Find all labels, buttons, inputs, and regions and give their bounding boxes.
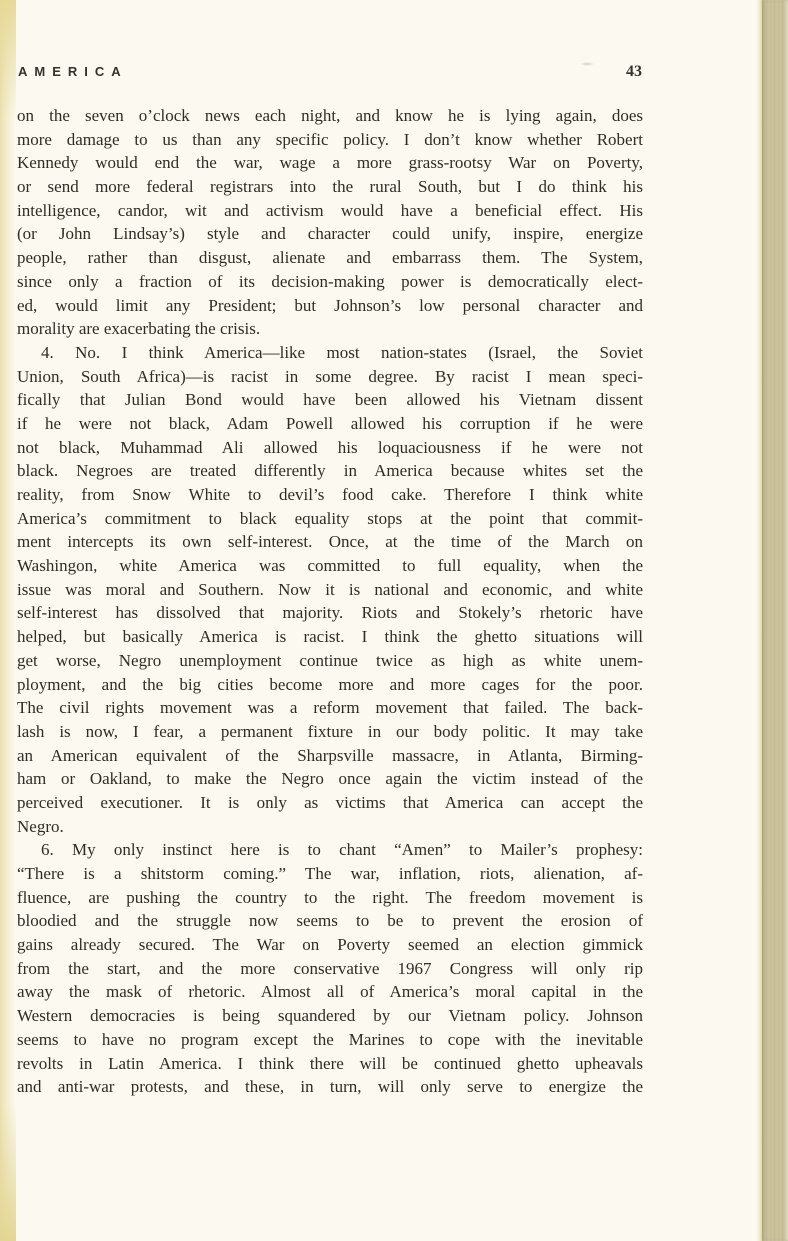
text-line: people, rather than disgust, alienate an…: [17, 246, 643, 270]
text-line: fluence, are pushing the country to the …: [17, 886, 643, 910]
text-line: morality are exacerbating the crisis.: [17, 317, 643, 341]
text-line: (or John Lindsay’s) style and character …: [17, 222, 643, 246]
book-page: AMERICA 43 on the seven o’clock news eac…: [0, 0, 788, 1241]
text-line: The civil rights movement was a reform m…: [17, 696, 643, 720]
text-line: intelligence, candor, wit and activism w…: [17, 199, 643, 223]
text-line: seems to have no program except the Mari…: [17, 1028, 643, 1052]
text-line: on the seven o’clock news each night, an…: [17, 104, 643, 128]
text-line: more damage to us than any specific poli…: [17, 128, 643, 152]
text-line: not black, Muhammad Ali allowed his loqu…: [17, 436, 643, 460]
text-line: since only a fraction of its decision-ma…: [17, 270, 643, 294]
text-line: away the mask of rhetoric. Almost all of…: [17, 980, 643, 1004]
page-header: AMERICA 43: [18, 63, 642, 81]
text-line: ment intercepts its own self-interest. O…: [17, 530, 643, 554]
text-line: Negro.: [17, 815, 643, 839]
page-gutter-edge: [0, 0, 16, 1241]
text-line: self-interest has dissolved that majorit…: [17, 601, 643, 625]
text-line: an American equivalent of the Sharpsvill…: [17, 744, 643, 768]
text-line: perceived executioner. It is only as vic…: [17, 791, 643, 815]
text-line: America’s commitment to black equality s…: [17, 507, 643, 531]
text-line: ham or Oakland, to make the Negro once a…: [17, 767, 643, 791]
text-line: issue was moral and Southern. Now it is …: [17, 578, 643, 602]
text-line: Union, South Africa)—is racist in some d…: [17, 365, 643, 389]
text-line: Western democracies is being squandered …: [17, 1004, 643, 1028]
page-number: 43: [626, 63, 642, 81]
book-fore-edge: [762, 0, 788, 1241]
text-line: 6. My only instinct here is to chant “Am…: [17, 838, 643, 862]
text-line: gains already secured. The War on Povert…: [17, 933, 643, 957]
text-line: black. Negroes are treated differently i…: [17, 459, 643, 483]
text-line: from the start, and the more conservativ…: [17, 957, 643, 981]
text-line: 4. No. I think America—like most nation-…: [17, 341, 643, 365]
text-line: helped, but basically America is racist.…: [17, 625, 643, 649]
text-line: get worse, Negro unemployment continue t…: [17, 649, 643, 673]
text-line: fically that Julian Bond would have been…: [17, 388, 643, 412]
text-line: revolts in Latin America. I think there …: [17, 1052, 643, 1076]
text-line: Washingon, white America was committed t…: [17, 554, 643, 578]
text-line: and anti-war protests, and these, in tur…: [17, 1075, 643, 1099]
running-header-title: AMERICA: [18, 64, 128, 79]
text-line: bloodied and the struggle now seems to b…: [17, 909, 643, 933]
text-line: ployment, and the big cities become more…: [17, 673, 643, 697]
text-line: ed, would limit any President; but Johns…: [17, 294, 643, 318]
text-line: “There is a shitstorm coming.” The war, …: [17, 862, 643, 886]
text-line: reality, from Snow White to devil’s food…: [17, 483, 643, 507]
text-line: if he were not black, Adam Powell allowe…: [17, 412, 643, 436]
text-line: Kennedy would end the war, wage a more g…: [17, 151, 643, 175]
text-line: or send more federal registrars into the…: [17, 175, 643, 199]
page-body: on the seven o’clock news each night, an…: [17, 104, 643, 1099]
text-line: lash is now, I fear, a permanent fixture…: [17, 720, 643, 744]
